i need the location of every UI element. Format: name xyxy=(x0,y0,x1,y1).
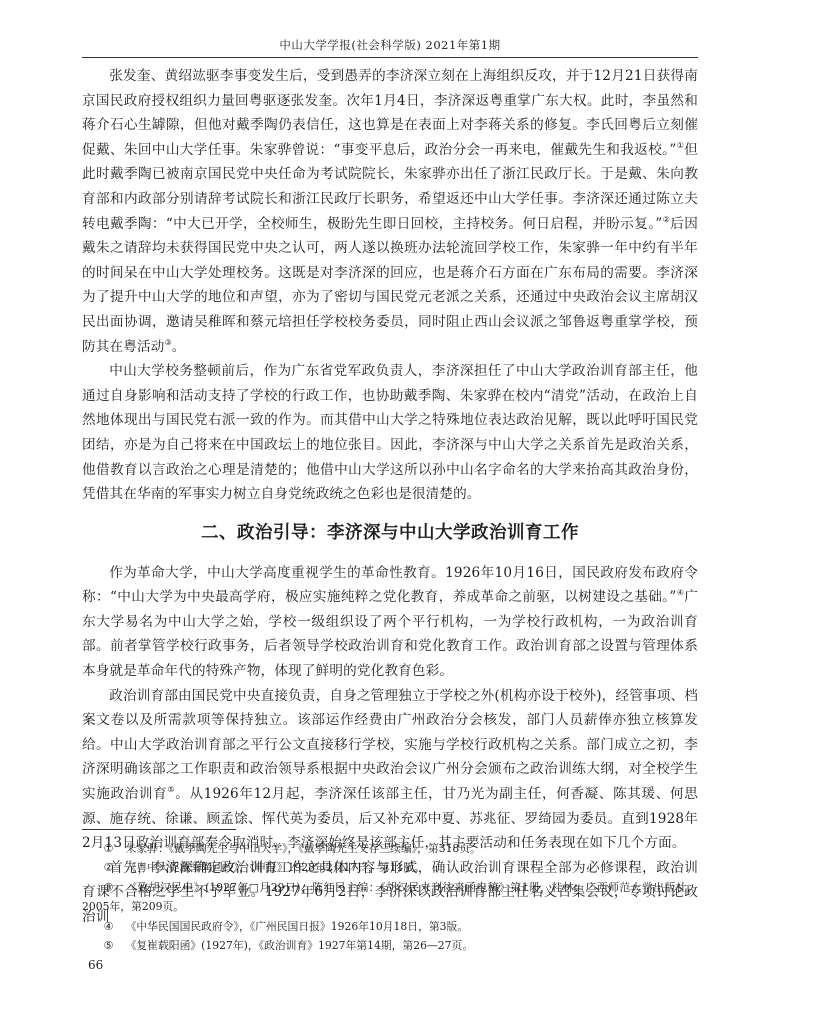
footnote-text: 《粤中大促戴季陶回校》，《申报》1928年2月17日，第11版。 xyxy=(126,861,425,874)
footnote-mark: ④ xyxy=(104,917,126,936)
footnote: ③《致胡汉民电》(1927年□月29日)，陈红民主编：《胡汉民未刊往来函电稿》第… xyxy=(82,878,698,917)
section-title: 二、政治引导：李济深与中山大学政治训育工作 xyxy=(82,507,698,561)
paragraph: 张发奎、黄绍竑驱李事变发生后，受到愚弄的李济深立刻在上海组织反攻，并于12月21… xyxy=(82,64,698,359)
paragraph: 中山大学校务整顿前后，作为广东省党军政负责人，李济深担任了中山大学政治训育部主任… xyxy=(82,359,698,507)
footnote-rule xyxy=(82,829,236,830)
footnote-text: 朱家骅：《戴季陶先生与中山大学》，《戴季陶先生文存三续编》，第318页。 xyxy=(126,842,481,855)
paragraph-text: 中山大学校务整顿前后，作为广东省党军政负责人，李济深担任了中山大学政治训育部主任… xyxy=(82,363,698,502)
footnote-mark: ② xyxy=(104,858,126,877)
paragraph-text: 后因戴朱之请辞均未获得国民党中央之认可，两人遂以换班办法轮流回学校工作，朱家骅一… xyxy=(82,216,698,355)
footnotes: ①朱家骅：《戴季陶先生与中山大学》，《戴季陶先生文存三续编》，第318页。 ②《… xyxy=(82,839,698,955)
footnote: ②《粤中大促戴季陶回校》，《申报》1928年2月17日，第11版。 xyxy=(82,858,698,877)
header-rule xyxy=(82,57,698,58)
paragraph-text: 。 xyxy=(172,339,186,355)
paragraph-text: 张发奎、黄绍竑驱李事变发生后，受到愚弄的李济深立刻在上海组织反攻，并于12月21… xyxy=(82,68,698,158)
article-body: 张发奎、黄绍竑驱李事变发生后，受到愚弄的李济深立刻在上海组织反攻，并于12月21… xyxy=(82,64,698,930)
footnote-mark: ③ xyxy=(104,878,126,897)
footnote-mark: ⑤ xyxy=(104,936,126,955)
footnote-mark: ① xyxy=(104,839,126,858)
page-number: 66 xyxy=(88,958,103,972)
footnote: ⑤《复崔载阳函》(1927年)，《政治训育》1927年第14期，第26—27页。 xyxy=(82,936,698,955)
footnote: ④《中华民国国民政府令》，《广州民国日报》1926年10月18日，第3版。 xyxy=(82,917,698,936)
paragraph-text: 作为革命大学，中山大学高度重视学生的革命性教育。1926年10月16日，国民政府… xyxy=(82,565,698,606)
footnote-text: 《中华民国国民政府令》，《广州民国日报》1926年10月18日，第3版。 xyxy=(126,920,469,933)
running-head: 中山大学学报(社会科学版) 2021年第1期 xyxy=(82,37,698,53)
footnote-ref[interactable]: ③ xyxy=(164,338,171,347)
footnote-text: 《致胡汉民电》(1927年□月29日)，陈红民主编：《胡汉民未刊往来函电稿》第1… xyxy=(82,881,698,913)
footnote: ①朱家骅：《戴季陶先生与中山大学》，《戴季陶先生文存三续编》，第318页。 xyxy=(82,839,698,858)
footnote-text: 《复崔载阳函》(1927年)，《政治训育》1927年第14期，第26—27页。 xyxy=(126,939,474,952)
paragraph: 作为革命大学，中山大学高度重视学生的革命性教育。1926年10月16日，国民政府… xyxy=(82,561,698,684)
